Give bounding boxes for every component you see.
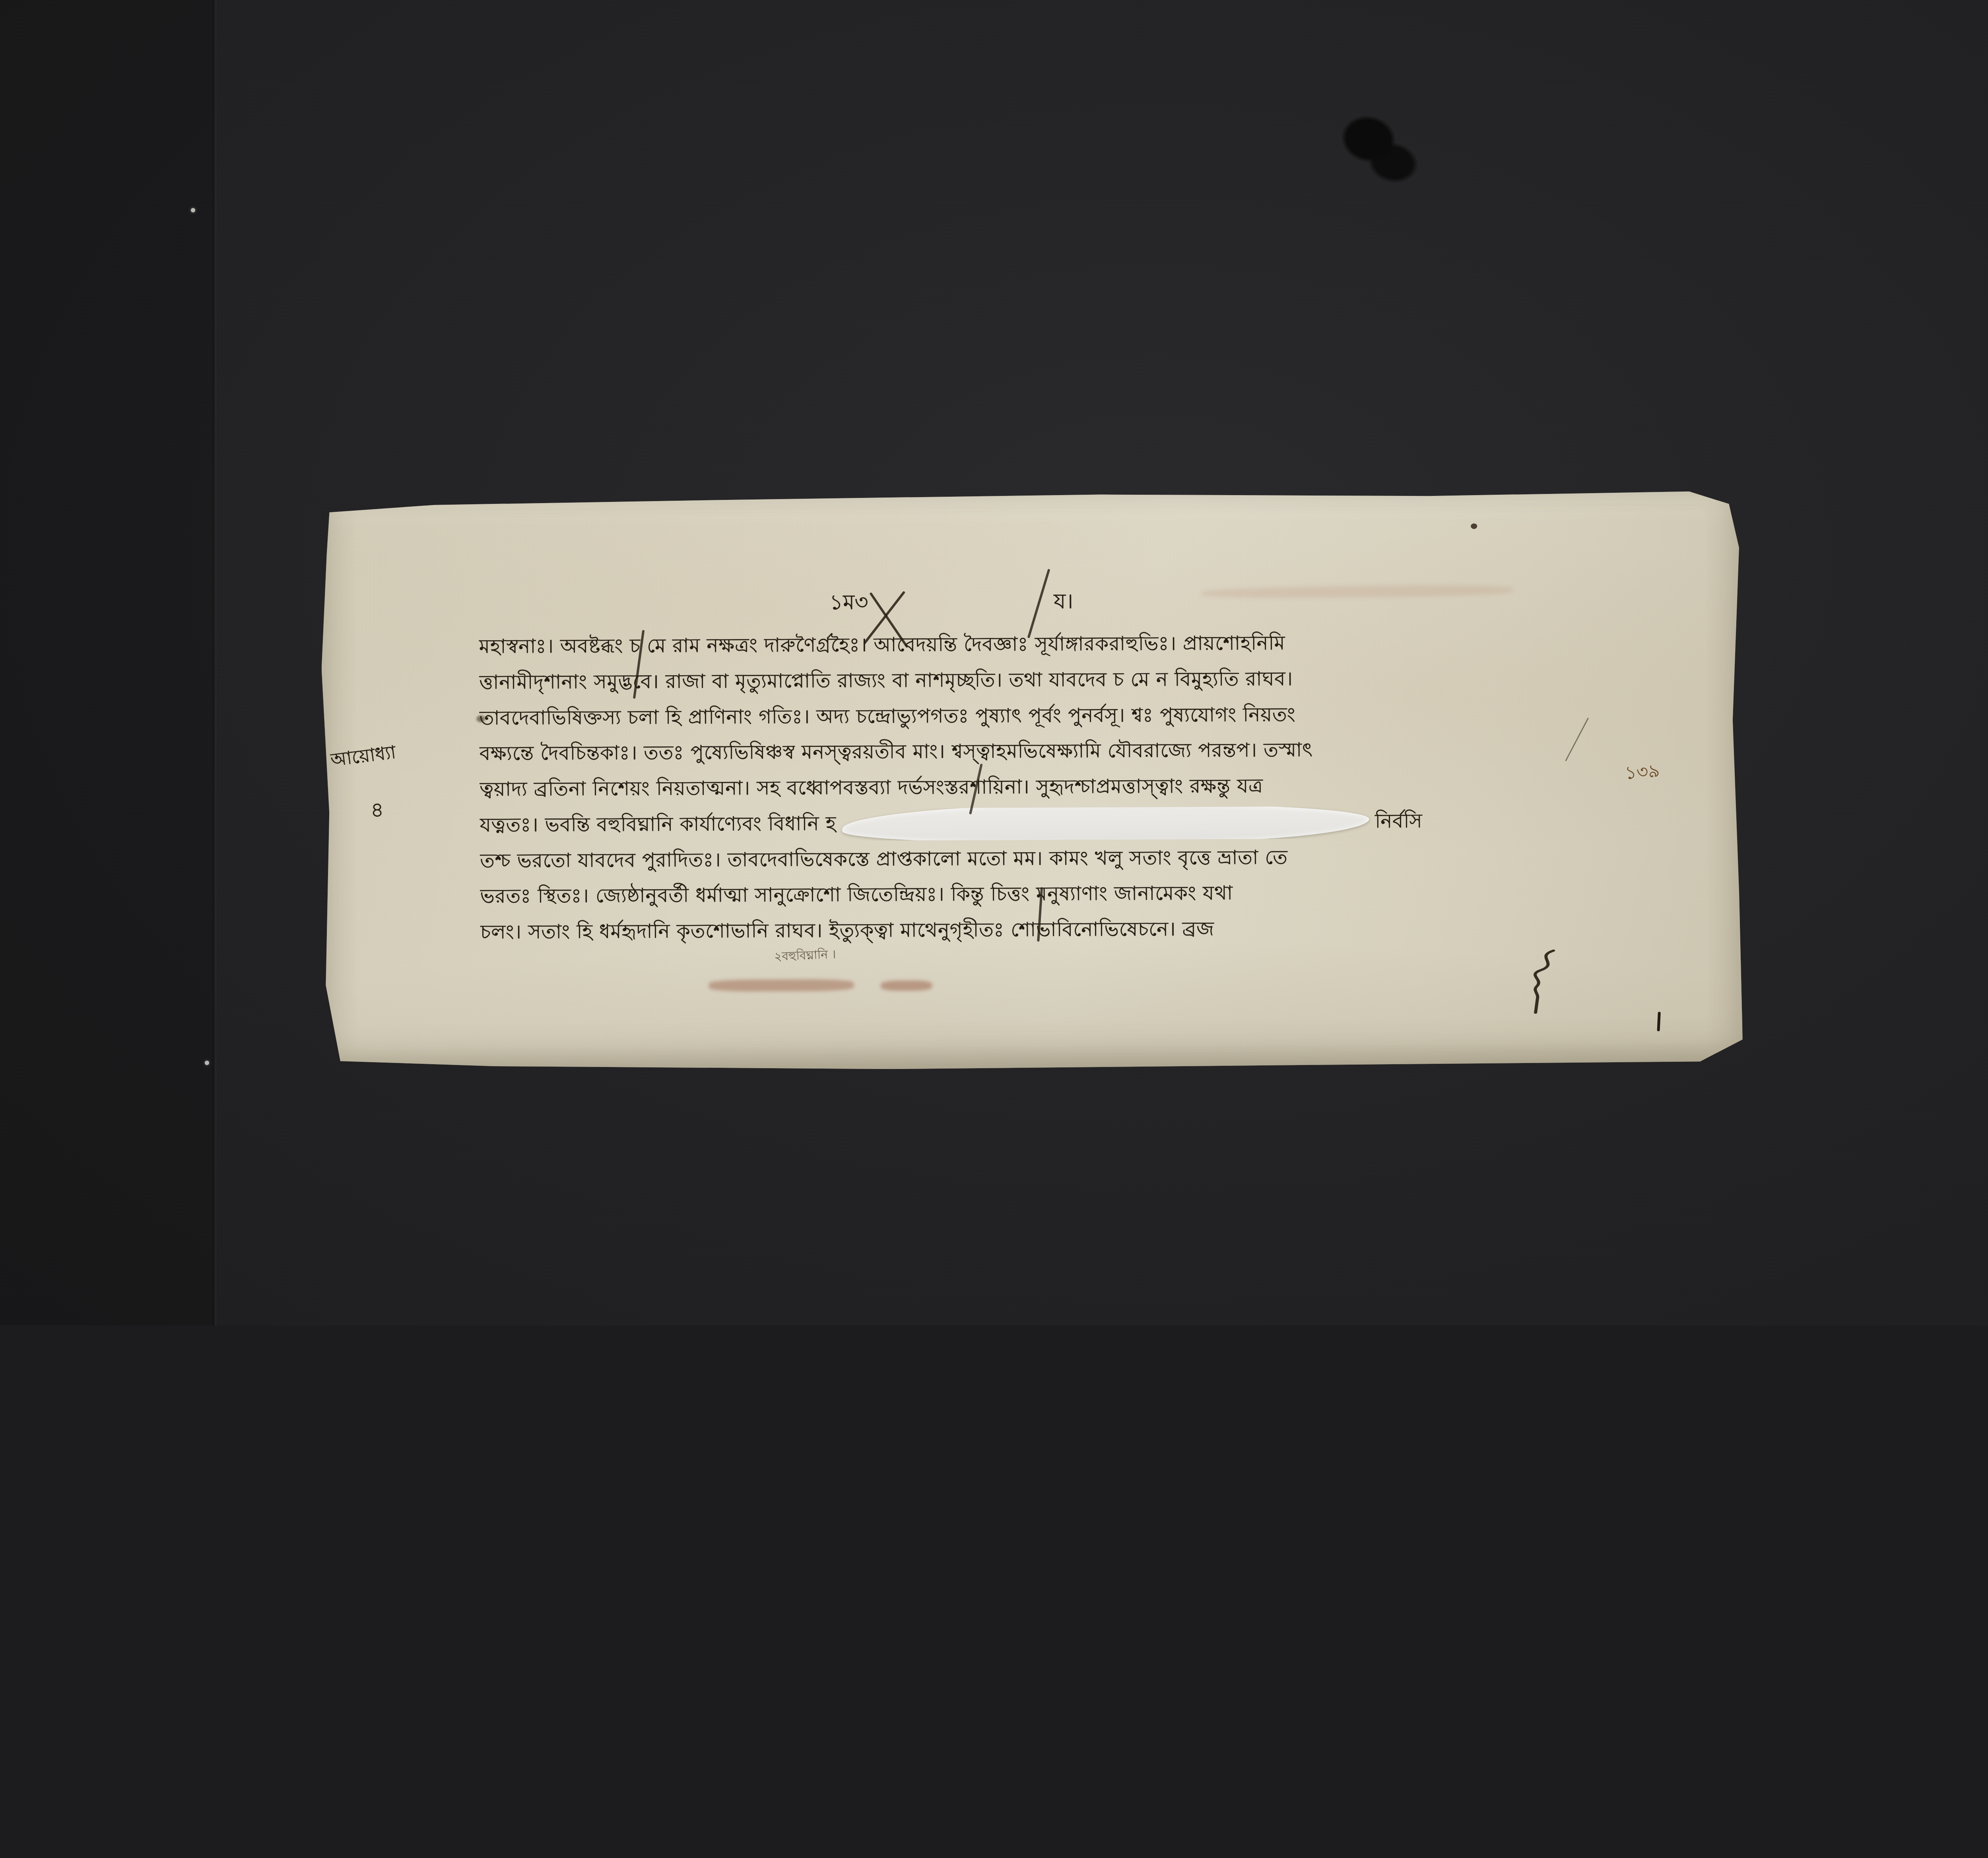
line-text-after-erasure: নির্বসি <box>1375 806 1423 839</box>
photograph-of-manuscript: ১ম৩ য। আয়োধ্যা ৪ ১৩৯ মহাস্বনাঃ। অবষ্টব্… <box>0 0 1988 1325</box>
line-text: তাবদেবাভিষিক্তস্য চলা হি প্রাণিনাং গতিঃ।… <box>479 700 1295 735</box>
interlinear-note-text: ২বহুবিঘ্নানি । <box>774 945 836 966</box>
ink-spot <box>1471 523 1477 529</box>
margin-part-number-text: ৪ <box>371 794 384 829</box>
line-text: ত্বয়াদ্য ব্রতিনা নিশেয়ং নিয়তাত্মনা। স… <box>480 771 1263 807</box>
offset-ink-ghost <box>1201 584 1514 599</box>
manuscript-line-3: তাবদেবাভিষিক্তস্য চলা হি প্রাণিনাং গতিঃ।… <box>479 698 1579 735</box>
header-mark-right-text: য। <box>1054 585 1073 620</box>
margin-part-number: ৪ <box>371 799 413 825</box>
faded-stamp-mark <box>881 980 932 991</box>
backdrop-left-panel <box>0 0 213 1325</box>
squiggle-svg <box>1521 948 1567 1015</box>
manuscript-line-5: ত্বয়াদ্য ব্রতিনা নিশেয়ং নিয়তাত্মনা। স… <box>480 770 1580 807</box>
line-text: তশ্চ ভরতো যাবদেব পুরাদিতঃ। তাবদেবাভিষেকস… <box>480 842 1288 878</box>
folio-number-text: ১৩৯ <box>1624 757 1661 789</box>
margin-kanda-label: আয়োধ্যা <box>329 733 452 774</box>
manuscript-line-4: বক্ষ্যন্তে দৈবচিন্তকাঃ। ততঃ পুষ্যেভিষিঞ্… <box>480 734 1580 771</box>
ink-smudge-on-backdrop <box>1328 101 1431 199</box>
ink-tick-mark <box>1657 1012 1660 1031</box>
faded-stamp-mark <box>709 979 854 991</box>
manuscript-line-9: চলং। সতাং হি ধর্মহৃদানি কৃতশোভানি রাঘব। … <box>480 912 1580 949</box>
line-text: মহাস্বনাঃ। অবষ্টব্ধং চ মে রাম নক্ষত্রং দ… <box>479 628 1285 664</box>
header-mark-left-text: ১ম৩ <box>829 586 868 621</box>
manuscript-line-8: ভরতঃ স্থিতঃ। জ্যেষ্ঠানুবর্তী ধর্মাত্মা স… <box>480 877 1580 914</box>
manuscript-line-6: যত্নতঃ। ভবন্তি বহুবিঘ্নানি কার্যাণ্যেবং … <box>480 805 1580 842</box>
line-text: চলং। সতাং হি ধর্মহৃদানি কৃতশোভানি রাঘব। … <box>480 914 1214 950</box>
manuscript-line-7: তশ্চ ভরতো যাবদেব পুরাদিতঃ। তাবদেবাভিষেকস… <box>480 841 1580 878</box>
header-mark-left: ১ম৩ <box>829 591 868 617</box>
dust-speck <box>205 1061 209 1065</box>
pen-flourish-stroke <box>1027 569 1050 638</box>
header-mark-right: য। <box>1054 590 1073 616</box>
line-text: বক্ষ্যন্তে দৈবচিন্তকাঃ। ততঃ পুষ্যেভিষিঞ্… <box>480 735 1313 771</box>
white-erasure-patch <box>842 805 1369 842</box>
scribal-squiggle-mark <box>1521 948 1567 1015</box>
folio-number: ১৩৯ <box>1624 757 1704 787</box>
backdrop-seam <box>213 0 216 1325</box>
line-text: ত্তানামীদৃশানাং সমুদ্ভবে। রাজা বা মৃত্যু… <box>479 664 1293 700</box>
line-text: যত্নতঃ। ভবন্তি বহুবিঘ্নানি কার্যাণ্যেবং … <box>480 809 837 842</box>
line-text: ভরতঃ স্থিতঃ। জ্যেষ্ঠানুবর্তী ধর্মাত্মা স… <box>480 878 1233 914</box>
manuscript-folio: ১ম৩ য। আয়োধ্যা ৪ ১৩৯ মহাস্বনাঃ। অবষ্টব্… <box>321 490 1743 1071</box>
manuscript-line-2: ত্তানামীদৃশানাং সমুদ্ভবে। রাজা বা মৃত্যু… <box>479 663 1579 700</box>
margin-kanda-text: আয়োধ্যা <box>329 738 398 774</box>
